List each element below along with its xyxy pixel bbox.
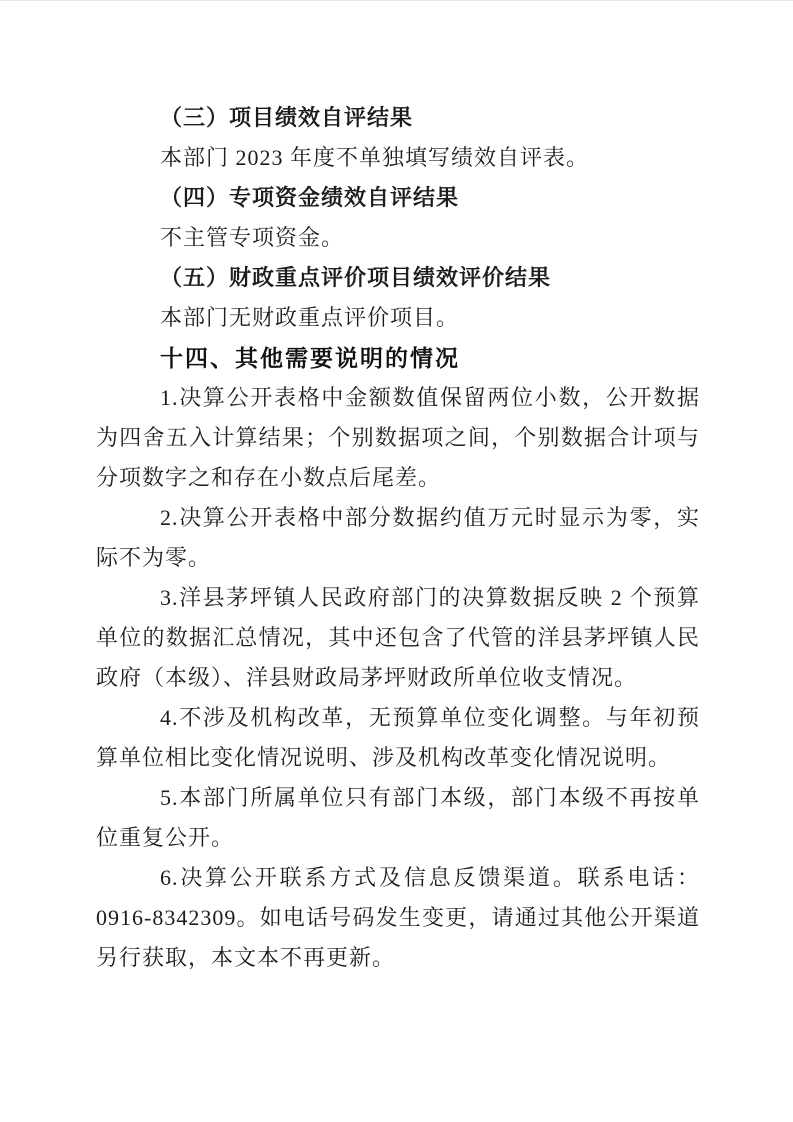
para-note-5-subordinate-units: 5.本部门所属单位只有部门本级，部门本级不再按单位重复公开。 xyxy=(96,778,700,858)
para-note-6-contact-info: 6.决算公开联系方式及信息反馈渠道。联系电话：0916-8342309。如电话号… xyxy=(96,858,700,978)
para-key-evaluation-note: 本部门无财政重点评价项目。 xyxy=(96,298,700,338)
para-special-funds-note: 不主管专项资金。 xyxy=(96,218,700,258)
para-note-4-institutional-reform: 4.不涉及机构改革，无预算单位变化调整。与年初预算单位相比变化情况说明、涉及机构… xyxy=(96,698,700,778)
para-note-3-budget-units: 3.洋县茅坪镇人民政府部门的决算数据反映 2 个预算单位的数据汇总情况，其中还包… xyxy=(96,578,700,698)
subheading-item-5-key-evaluation: （五）财政重点评价项目绩效评价结果 xyxy=(96,258,700,298)
subheading-item-4-special-funds: （四）专项资金绩效自评结果 xyxy=(96,178,700,218)
para-note-1-rounding: 1.决算公开表格中金额数值保留两位小数，公开数据为四舍五入计算结果；个别数据项之… xyxy=(96,378,700,498)
para-note-2-zero-display: 2.决算公开表格中部分数据约值万元时显示为零，实际不为零。 xyxy=(96,498,700,578)
subheading-item-3-project-performance: （三）项目绩效自评结果 xyxy=(96,98,700,138)
document-page: （三）项目绩效自评结果 本部门 2023 年度不单独填写绩效自评表。 （四）专项… xyxy=(0,0,793,1122)
heading-section-14-other-notes: 十四、其他需要说明的情况 xyxy=(96,338,700,378)
para-project-performance-note: 本部门 2023 年度不单独填写绩效自评表。 xyxy=(96,138,700,178)
